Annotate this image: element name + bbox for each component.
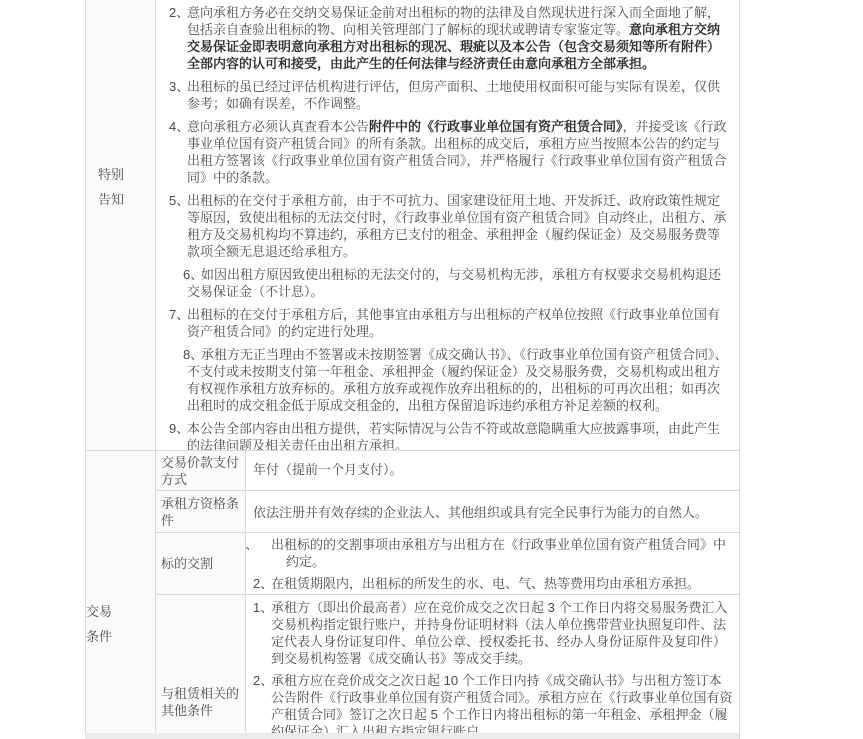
condition-content-cell: 年付（提前一个月支付）。 [246, 451, 740, 491]
condition-content-cell: 1、承租方（即出价最高者）应在竞价成交之次日起 3 个工作日内将交易服务费汇入交… [246, 595, 740, 739]
condition-item: 1、承租方（即出价最高者）应在竞价成交之次日起 3 个工作日内将交易服务费汇入交… [253, 599, 733, 667]
condition-label-cell: 承租方资格条件 [156, 491, 246, 533]
item-text: 在租赁期限内，出租标的所发生的水、电、气、热等费用均由承租方承担。 [271, 576, 700, 591]
special-notice-list: 2、意向承租方务必在交纳交易保证金前对出租标的物的法律及自然现状进行深入而全面地… [156, 0, 739, 450]
condition-row-payment: 交易条件 交易价款支付方式 年付（提前一个月支付）。 [86, 451, 740, 491]
condition-item-list: 1、出租标的的交割事项由承租方与出租方在《行政事业单位国有资产租赁合同》中约定。… [246, 533, 739, 594]
notice-item-3: 3、出租标的虽已经过评估机构进行评估，但房产面积、土地使用权面积可能与实际有误差… [169, 78, 732, 112]
item-text: 出租标的在交付于承租方后，其他事宜由承租方与出租标的产权单位按照《行政事业单位国… [187, 307, 720, 339]
condition-label-cell: 与租赁相关的其他条件 [156, 595, 246, 739]
notice-item-2: 2、意向承租方务必在交纳交易保证金前对出租标的物的法律及自然现状进行深入而全面地… [169, 4, 732, 72]
item-number: 5、 [169, 192, 189, 209]
condition-text: 年付（提前一个月支付）。 [246, 451, 739, 490]
item-text: 承租方无正当理由不签署或未按期签署《成交确认书》、《行政事业单位国有资产租赁合同… [187, 347, 728, 413]
notice-item-5: 5、出租标的在交付于承租方前，由于不可抗力、国家建设征用土地、开发拆迁、政府政策… [169, 192, 732, 260]
announcement-table: 特别告知 2、意向承租方务必在交纳交易保证金前对出租标的物的法律及自然现状进行深… [85, 0, 740, 739]
item-number: 8、 [169, 346, 203, 363]
condition-text: 依法注册并有效存续的企业法人、其他组织或具有完全民事行为能力的自然人。 [246, 491, 739, 532]
condition-label-cell: 标的交割 [156, 533, 246, 595]
notice-item-8: 8、承租方无正当理由不签署或未按期签署《成交确认书》、《行政事业单位国有资产租赁… [169, 346, 732, 414]
item-text: 出租标的在交付于承租方前，由于不可抗力、国家建设征用土地、开发拆迁、政府政策性规… [187, 193, 727, 259]
item-number: 1、 [253, 536, 258, 553]
condition-label: 交易价款支付方式 [156, 451, 245, 490]
item-text: 意向承租方必须认真查看本公告 [187, 119, 369, 134]
announcement-page: 特别告知 2、意向承租方务必在交纳交易保证金前对出租标的物的法律及自然现状进行深… [0, 0, 863, 739]
condition-item: 2、承租方应在竞价成交之次日起 10 个工作日内持《成交确认书》与出租方签订本公… [253, 672, 733, 739]
condition-row-other: 与租赁相关的其他条件 1、承租方（即出价最高者）应在竞价成交之次日起 3 个工作… [86, 595, 740, 739]
condition-label-cell: 交易价款支付方式 [156, 451, 246, 491]
item-number: 6、 [169, 266, 203, 283]
item-text-bold: 附件中的《行政事业单位国有资产租赁合同》 [369, 119, 623, 134]
item-number: 4、 [169, 118, 189, 135]
section-cell-special-notice: 特别告知 [86, 0, 156, 451]
condition-item: 1、出租标的的交割事项由承租方与出租方在《行政事业单位国有资产租赁合同》中约定。 [253, 536, 733, 570]
condition-label: 与租赁相关的其他条件 [156, 595, 245, 739]
item-text: 出租标的的交割事项由承租方与出租方在《行政事业单位国有资产租赁合同》中约定。 [271, 537, 726, 569]
section-label-special-notice: 特别告知 [98, 162, 126, 212]
item-number: 2、 [253, 575, 273, 592]
item-text: 出租标的虽已经过评估机构进行评估，但房产面积、土地使用权面积可能与实际有误差，仅… [187, 79, 720, 111]
next-row-edge [85, 733, 739, 739]
condition-item-list: 1、承租方（即出价最高者）应在竞价成交之次日起 3 个工作日内将交易服务费汇入交… [246, 595, 739, 739]
item-number: 1、 [253, 599, 273, 616]
condition-row-qualification: 承租方资格条件 依法注册并有效存续的企业法人、其他组织或具有完全民事行为能力的自… [86, 491, 740, 533]
notice-item-4: 4、意向承租方必须认真查看本公告附件中的《行政事业单位国有资产租赁合同》，并接受… [169, 118, 732, 186]
item-number: 2、 [169, 4, 189, 21]
notice-item-9: 9、本公告全部内容由出租方提供，若实际情况与公告不符或故意隐瞒重大应披露事项，由… [169, 420, 732, 450]
condition-content-cell: 依法注册并有效存续的企业法人、其他组织或具有完全民事行为能力的自然人。 [246, 491, 740, 533]
item-text: 本公告全部内容由出租方提供，若实际情况与公告不符或故意隐瞒重大应披露事项，由此产… [187, 421, 720, 450]
condition-item: 2、在租赁期限内，出租标的所发生的水、电、气、热等费用均由承租方承担。 [253, 575, 733, 592]
condition-row-delivery: 标的交割 1、出租标的的交割事项由承租方与出租方在《行政事业单位国有资产租赁合同… [86, 533, 740, 595]
special-notice-content-cell: 2、意向承租方务必在交纳交易保证金前对出租标的物的法律及自然现状进行深入而全面地… [156, 0, 740, 451]
notice-item-7: 7、出租标的在交付于承租方后，其他事宜由承租方与出租标的产权单位按照《行政事业单… [169, 306, 732, 340]
section-label-conditions: 交易条件 [86, 599, 114, 649]
item-text: 承租方（即出价最高者）应在竞价成交之次日起 3 个工作日内将交易服务费汇入交易机… [271, 600, 727, 666]
notice-item-6: 6、如因出租方原因致使出租标的无法交付的，与交易机构无涉，承租方有权要求交易机构… [169, 266, 732, 300]
condition-label: 标的交割 [156, 533, 245, 594]
item-text: 如因出租方原因致使出租标的无法交付的，与交易机构无涉，承租方有权要求交易机构退还… [187, 267, 721, 299]
item-number: 3、 [169, 78, 189, 95]
special-notice-row: 特别告知 2、意向承租方务必在交纳交易保证金前对出租标的物的法律及自然现状进行深… [86, 0, 740, 451]
item-number: 9、 [169, 420, 189, 437]
item-number: 7、 [169, 306, 189, 323]
item-number: 2、 [253, 672, 273, 689]
condition-label: 承租方资格条件 [156, 491, 245, 532]
condition-content-cell: 1、出租标的的交割事项由承租方与出租方在《行政事业单位国有资产租赁合同》中约定。… [246, 533, 740, 595]
section-cell-conditions: 交易条件 [86, 451, 156, 739]
item-text: 承租方应在竞价成交之次日起 10 个工作日内持《成交确认书》与出租方签订本公告附… [271, 673, 733, 739]
